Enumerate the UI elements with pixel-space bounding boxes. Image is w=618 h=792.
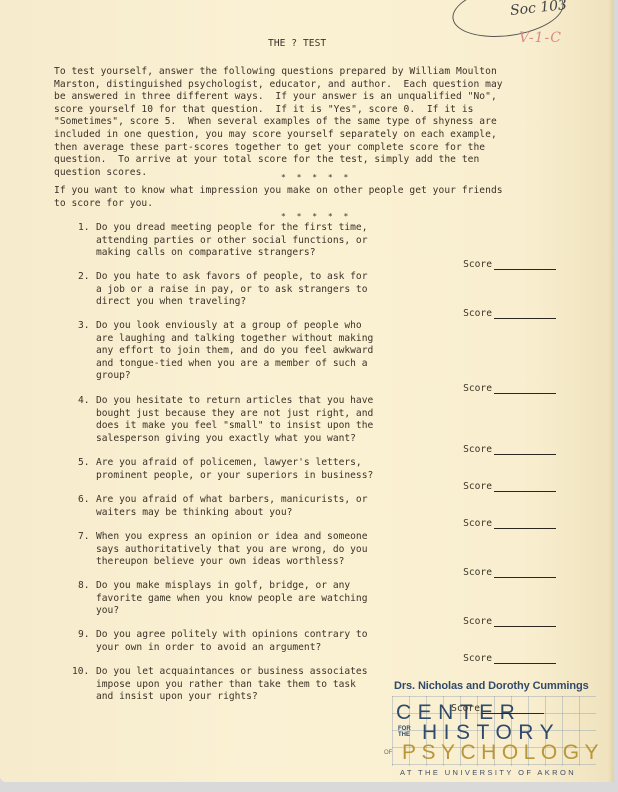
score-field[interactable]: Score: [440, 605, 556, 638]
score-blank-line[interactable]: [494, 490, 556, 492]
score-blank-line[interactable]: [494, 527, 556, 529]
question-number: 8.: [78, 580, 90, 593]
score-blank-line[interactable]: [494, 317, 556, 319]
score-label: Score: [463, 653, 492, 664]
question-number: 5.: [78, 457, 90, 470]
question-number: 2.: [78, 271, 90, 284]
question-text: Do you make misplays in golf, bridge, or…: [96, 580, 367, 618]
score-blank-line[interactable]: [482, 712, 544, 714]
score-field[interactable]: Score: [428, 692, 544, 725]
question-number: 6.: [78, 494, 90, 507]
question-text: Are you afraid of what barbers, manicuri…: [96, 494, 367, 519]
score-blank-line[interactable]: [494, 662, 556, 664]
score-field[interactable]: Score: [440, 372, 556, 405]
score-blank-line[interactable]: [494, 268, 556, 270]
score-field[interactable]: Score: [440, 507, 556, 540]
question-text: Do you hate to ask favors of people, to …: [96, 271, 367, 309]
separator-asterisks: * * * * *: [281, 212, 351, 221]
question-number: 9.: [78, 629, 90, 642]
question-number: 10.: [72, 666, 89, 679]
score-field[interactable]: Score: [440, 556, 556, 589]
score-label: Score: [463, 481, 492, 492]
score-blank-line[interactable]: [494, 453, 556, 455]
logo-sponsor-name: Drs. Nicholas and Dorothy Cummings: [394, 680, 589, 692]
score-blank-line[interactable]: [494, 576, 556, 578]
document-title: THE ? TEST: [268, 38, 326, 51]
score-field[interactable]: Score: [440, 642, 556, 675]
score-label: Score: [463, 383, 492, 394]
score-label: Score: [463, 518, 492, 529]
question-number: 4.: [78, 395, 90, 408]
score-label: Score: [463, 259, 492, 270]
score-label: Score: [463, 308, 492, 319]
separator-asterisks: * * * * *: [281, 173, 351, 182]
question-text: Are you afraid of policemen, lawyer's le…: [96, 457, 373, 482]
score-label: Score: [451, 703, 480, 714]
instructions-paragraph: To test yourself, answer the following q…: [54, 66, 503, 179]
question-text: When you express an opinion or idea and …: [96, 531, 367, 569]
logo-of: OF: [384, 750, 392, 756]
score-field[interactable]: Score: [440, 433, 556, 466]
logo-for-the: FOR THE: [398, 726, 416, 738]
score-field[interactable]: Score: [440, 297, 556, 330]
question-text: Do you look enviously at a group of peop…: [96, 320, 373, 383]
question-text: Do you agree politely with opinions cont…: [96, 629, 367, 654]
question-number: 1.: [78, 222, 90, 235]
score-field[interactable]: Score: [440, 470, 556, 503]
score-label: Score: [463, 616, 492, 627]
scanned-document-page: Soc 103 V-1-C THE ? TEST To test yoursel…: [0, 0, 614, 782]
logo-tagline: AT THE UNIVERSITY OF AKRON: [400, 768, 576, 777]
handwritten-code-annotation: V-1-C: [519, 30, 562, 46]
logo-word-psychology: PSYCHOLOGY: [402, 742, 604, 763]
question-text: Do you let acquaintances or business ass…: [96, 666, 367, 704]
question-text: Do you hesitate to return articles that …: [96, 395, 373, 445]
score-field[interactable]: Score: [440, 248, 556, 281]
score-blank-line[interactable]: [494, 392, 556, 394]
score-label: Score: [463, 567, 492, 578]
question-number: 3.: [78, 320, 90, 333]
logo-word-history: HISTORY: [422, 722, 560, 743]
question-number: 7.: [78, 531, 90, 544]
score-blank-line[interactable]: [494, 625, 556, 627]
score-label: Score: [463, 444, 492, 455]
friends-note: If you want to know what impression you …: [54, 185, 503, 210]
question-text: Do you dread meeting people for the firs…: [96, 222, 367, 260]
